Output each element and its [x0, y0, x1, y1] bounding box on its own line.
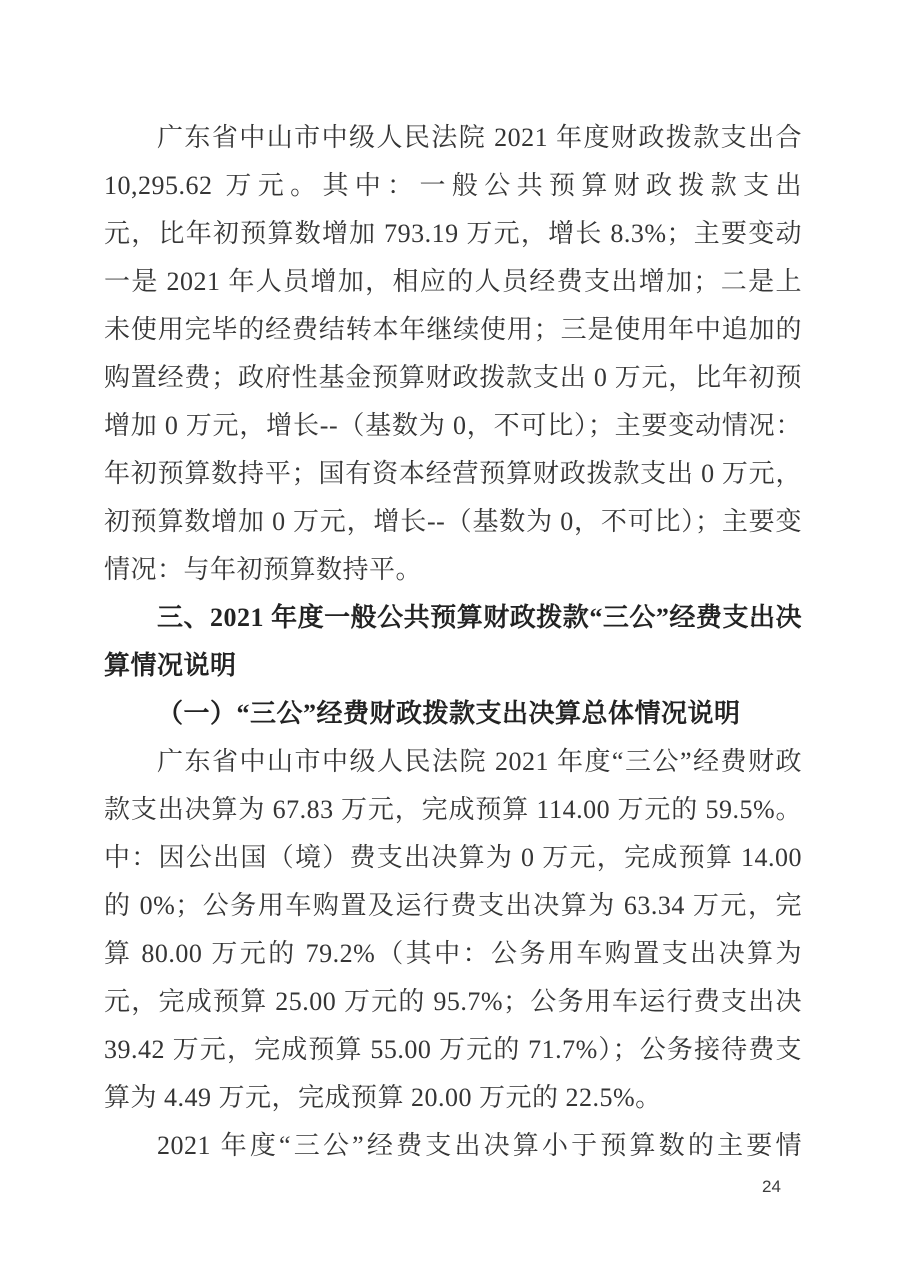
text-line: 元，比年初预算数增加 793.19 万元，增长 8.3%；主要变动情况：: [104, 210, 802, 258]
text-line: 39.42 万元，完成预算 55.00 万元的 71.7%）；公务接待费支出决: [104, 1026, 802, 1074]
text-line: 情况：与年初预算数持平。: [104, 546, 802, 594]
text-line: 购置经费；政府性基金预算财政拨款支出 0 万元，比年初预算数: [104, 354, 802, 402]
text-line: 算为 4.49 万元，完成预算 20.00 万元的 22.5%。: [104, 1074, 802, 1122]
text-line: 广东省中山市中级人民法院 2021 年度财政拨款支出合计: [104, 114, 802, 162]
heading-line: 算情况说明: [104, 642, 802, 690]
text-line: 未使用完毕的经费结转本年继续使用；三是使用年中追加的装备: [104, 306, 802, 354]
page-number: 24: [762, 1177, 781, 1197]
text-line: 10,295.62 万元。其中：一般公共预算财政拨款支出 10,295.62 万: [104, 162, 802, 210]
text-line: 元，完成预算 25.00 万元的 95.7%；公务用车运行费支出决算为: [104, 978, 802, 1026]
text-line: 款支出决算为 67.83 万元，完成预算 114.00 万元的 59.5%。其: [104, 786, 802, 834]
text-line: 的 0%；公务用车购置及运行费支出决算为 63.34 万元，完成预: [104, 882, 802, 930]
text-line: 年初预算数持平；国有资本经营预算财政拨款支出 0 万元，比年: [104, 450, 802, 498]
document-page: 广东省中山市中级人民法院 2021 年度财政拨款支出合计10,295.62 万元…: [0, 0, 899, 1273]
text-line: 增加 0 万元，增长--（基数为 0，不可比）；主要变动情况：与: [104, 402, 802, 450]
text-line: 初预算数增加 0 万元，增长--（基数为 0，不可比）；主要变动: [104, 498, 802, 546]
text-line: 一是 2021 年人员增加，相应的人员经费支出增加；二是上年度: [104, 258, 802, 306]
heading-line: 三、2021 年度一般公共预算财政拨款“三公”经费支出决: [104, 594, 802, 642]
text-line: 2021 年度“三公”经费支出决算小于预算数的主要情况：“三: [104, 1122, 802, 1170]
text-line: 算 80.00 万元的 79.2%（其中：公务用车购置支出决算为 23.92 万: [104, 930, 802, 978]
document-body: 广东省中山市中级人民法院 2021 年度财政拨款支出合计10,295.62 万元…: [104, 114, 802, 1170]
heading-line: （一）“三公”经费财政拨款支出决算总体情况说明: [104, 690, 802, 738]
text-line: 广东省中山市中级人民法院 2021 年度“三公”经费财政拨: [104, 738, 802, 786]
text-line: 中：因公出国（境）费支出决算为 0 万元，完成预算 14.00 万元: [104, 834, 802, 882]
